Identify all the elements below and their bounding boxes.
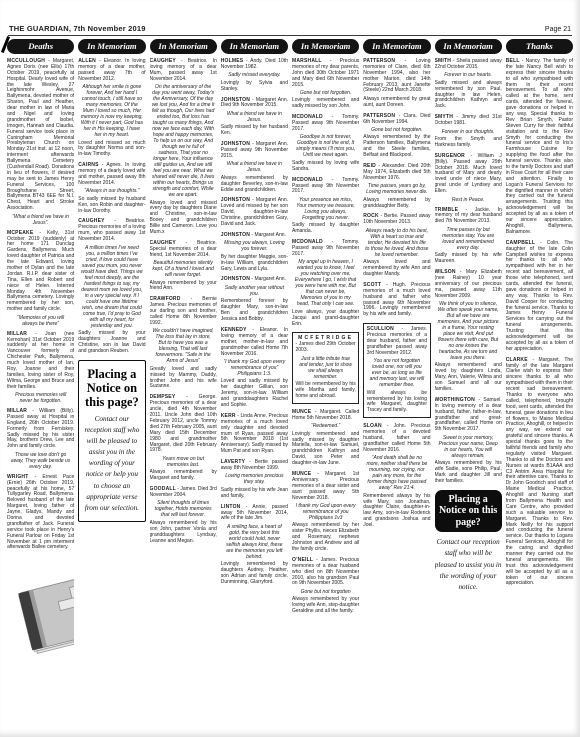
notice-entry: ALLEN - Eleanor. In loving memory of a d… xyxy=(78,59,145,158)
entry-surname: JOHNSTON xyxy=(221,276,250,282)
notice-entry: WORTHINGTON - Samuel. In loving memory o… xyxy=(435,398,502,485)
entry-lead: LINTON - Annie, passed away 5th November… xyxy=(221,505,288,523)
entry-verse: Gone but not forgotten xyxy=(294,589,357,595)
entry-verse: Always ready to do his best, With a hear… xyxy=(365,228,428,258)
notice-entry: WILSON - Mary Elizabeth (nee Rainey) 10 … xyxy=(435,270,502,393)
entry-surname: TRIMBLE xyxy=(435,207,459,213)
entry-surname: CLARKE xyxy=(506,357,528,363)
notice-entry: CAIRNS - Agnes. In loving memory of a de… xyxy=(78,163,145,214)
newspaper-page: THE GUARDIAN, 7th November 2019 Page 21 … xyxy=(0,0,580,737)
entry-surname: CAUGHEY xyxy=(150,240,176,246)
entry-verse: Years move on but memories last. xyxy=(152,456,215,468)
newspaper-column: In MemoriamPATTERSON - Loving memories o… xyxy=(363,39,430,711)
entry-surname: MCDONALD xyxy=(292,114,323,120)
entry-text: Remembered forever by daughter Mary, son… xyxy=(221,299,288,323)
newspaper-column: In MemoriamSMITH - Sheila passed away 22… xyxy=(435,39,502,711)
entry-surname: CRAWFORD xyxy=(150,296,181,302)
entry-lead: SMITH - Sheila passed away 22nd October … xyxy=(435,59,502,71)
entry-lead: JOHNSTON - Margaret Ann. Passed away 9th… xyxy=(221,142,288,160)
entry-lead: MILLAR - William (Billy). Passed away at… xyxy=(7,409,74,450)
entry-text: Sadly missed and always remembered by so… xyxy=(435,81,502,110)
notice-entry: GOODALL - James. Died 3rd November 2004.… xyxy=(150,487,217,544)
entry-verse: What a friend we have in Jesus. xyxy=(223,161,286,173)
entry-verse: Beautiful memories silently kept, Of a f… xyxy=(152,260,215,278)
placing-notice-box: Placing a Notice on this page?Contact ou… xyxy=(435,490,502,593)
entry-surname: MCPEAKE xyxy=(7,230,33,236)
entry-surname: WILSON xyxy=(435,269,456,275)
entry-lead: SLOAN - John. Precious memories of a dev… xyxy=(363,424,430,453)
placing-notice-body: Contact our reception staff who will be … xyxy=(435,537,502,593)
placing-notice-title: Placing a Notice on this page? xyxy=(82,367,141,409)
entry-surname: ROCK xyxy=(363,213,379,219)
notice-entry: MARSHALL - Precious memories of my dear … xyxy=(292,59,359,110)
notice-entry: JOHNSTON - Margaret Ann.Missing you alwa… xyxy=(221,233,288,273)
notice-entry: CAUGHEY - Beatrice. Special memories of … xyxy=(150,241,217,292)
notice-entry: JOHNSTON - Margaret Ann. Passed away 9th… xyxy=(221,142,288,193)
newspaper-column: DeathsMCCULLOUGH - Margaret, Agnes Doris… xyxy=(7,39,74,711)
entry-verse: “Always in our thoughts.” xyxy=(80,188,143,194)
entry-lead: CAUGHEY - Beatrice. Special memories of … xyxy=(150,241,217,259)
entry-lead: ALLEN - Eleanor. In loving memory of a d… xyxy=(78,59,145,83)
entry-verse: Goodbye is not forever, Goodbye is not t… xyxy=(294,134,357,158)
entry-lead: MCFETRIDGE - James died 29th October 200… xyxy=(296,336,356,354)
placing-notice-title: Placing a Notice on this page? xyxy=(435,490,502,533)
notice-entry: MCPEAKE - Kelly, 31st October 2019 (sudd… xyxy=(7,231,74,327)
entry-verse: On the anniversary of the day you went a… xyxy=(152,84,215,198)
entry-lead: TRIMBLE - Jackie. In memory of my dear h… xyxy=(435,208,502,226)
entry-lead: CAIRNS - Agnes. In loving memory of a de… xyxy=(78,163,145,187)
section-badge: In Memoriam xyxy=(435,39,502,54)
section-badge: In Memoriam xyxy=(150,39,217,54)
notice-entry: CRAWFORD - Bernie James. Precious memori… xyxy=(150,297,217,390)
entry-surname: SCOTT xyxy=(363,282,381,288)
entry-verse: “What a friend we have in Jesus”. xyxy=(9,214,72,226)
entry-text: Will always be remembered by his loving … xyxy=(367,391,427,415)
entry-surname: SLOAN xyxy=(363,423,382,429)
entry-lead: WILSON - Mary Elizabeth (nee Rainey) 10 … xyxy=(435,270,502,299)
entry-lead: HOLMES - Andy. Died 10th November 1982. xyxy=(221,59,288,71)
section-badge: Thanks xyxy=(506,39,573,54)
entry-surname: MCFETRIDGE xyxy=(296,336,356,342)
entry-surname: CAMPBELL xyxy=(506,240,535,246)
entry-surname: REID xyxy=(363,163,376,169)
entry-lead: CAMPBELL - Colin. The daughter of the la… xyxy=(506,241,573,353)
entry-surname: MUNCE xyxy=(292,409,311,415)
notice-entry: LINTON - Annie, passed away 5th November… xyxy=(221,505,288,586)
entry-verse: Time passes by but memories stay, You ar… xyxy=(437,227,500,251)
entry-surname: CAUGHEY xyxy=(78,218,104,224)
columns-container: DeathsMCCULLOUGH - Margaret, Agnes Doris… xyxy=(0,39,580,711)
entry-text: Will be remembered by his wife Martha an… xyxy=(296,382,356,400)
entry-surname: SMYTH xyxy=(435,114,454,120)
notice-entry: BELL - Nancy. The family of the late Nan… xyxy=(506,59,573,236)
entry-text: Lovingly remembered by daughters Audrey,… xyxy=(221,562,288,586)
entry-lead: MUNCE - Margaret. 1st Anniversary. Preci… xyxy=(292,472,359,501)
entry-surname: CAIRNS xyxy=(78,162,98,168)
header-rule xyxy=(8,35,572,36)
entry-surname: KENNEDY xyxy=(221,327,247,333)
newspaper-column: In MemoriamCAUGHEY - Beatrice. In loving… xyxy=(150,39,217,711)
entry-lead: MILLAR - Joan (nee Kernohan) 31st Octobe… xyxy=(7,332,74,391)
entry-lead: PATTERSON - Clara. Died 6th November 199… xyxy=(363,114,430,126)
notice-entry: SURGENOR - William J (Billy). Passed awa… xyxy=(435,154,502,203)
entry-surname: O’NEILL xyxy=(292,557,313,563)
entry-lead: O’NEILL - James. Precious memories of a … xyxy=(292,558,359,587)
notice-entry: REID - Alexander. Died 20th May 1974, El… xyxy=(363,164,430,209)
entry-text: Remembered always by his wife Mary, son … xyxy=(363,494,430,529)
masthead: THE GUARDIAN, 7th November 2019 Page 21 xyxy=(0,0,580,34)
notice-entry: JOHNSTON - Margaret Ann.Sadly another ye… xyxy=(221,277,288,322)
masthead-title: THE GUARDIAN, 7th November 2019 xyxy=(9,24,146,33)
entry-text: Always remembered by Margaret and family… xyxy=(150,470,217,482)
section-badge: In Memoriam xyxy=(363,39,430,54)
newspaper-column: In MemoriamMARSHALL - Precious memories … xyxy=(292,39,359,711)
notice-entry: JOHNSTON - Margaret Ann. Died 9th Novemb… xyxy=(221,98,288,138)
entry-lead: JOHNSTON - Margaret Ann. xyxy=(221,277,288,283)
entry-text: Always remembered by granddaughter Betty… xyxy=(363,198,430,210)
notice-entry: MCDONALD - Tommy. Passed away 9th Novemb… xyxy=(292,178,359,235)
entry-text: Sadly missed by his wife Maureen. xyxy=(435,253,502,265)
notice-entry: SMITH - Sheila passed away 22nd October … xyxy=(435,59,502,110)
notice-entry: MCCULLOUGH - Margaret, Agnes Doris (nee … xyxy=(7,59,74,226)
entry-surname: ALLEN xyxy=(78,58,96,64)
entry-lead: JOHNSTON - Margaret Ann. Loved and misse… xyxy=(221,198,288,227)
entry-lead: MCDONALD - Tommy. Passed away 9th Novemb… xyxy=(292,240,359,258)
entry-verse: “I thank my God upon every remembrance o… xyxy=(223,359,286,377)
entry-lead: JOHNSTON - Margaret Ann. Died 9th Novemb… xyxy=(221,98,288,110)
entry-text: Lovingly remembered and sadly missed by … xyxy=(292,98,359,110)
entry-lead: PATTERSON - Loving memories of Clare, di… xyxy=(363,59,430,94)
entry-verse: My angel up in heaven, I wanted you to k… xyxy=(294,259,357,307)
entry-surname: SMITH xyxy=(435,58,452,64)
entry-surname: JOHNSTON xyxy=(221,97,250,103)
notice-entry: MILLAR - William (Billy). Passed away at… xyxy=(7,409,74,470)
notice-entry: MCFETRIDGE - James died 29th October 200… xyxy=(292,332,359,403)
entry-text: Lovingly by Sylvia and Stanley. xyxy=(221,81,288,93)
entry-text: Always remembered by the Patterson famil… xyxy=(363,135,430,159)
entry-lead: MCDONALD - Tommy. Passed away 9th Novemb… xyxy=(292,178,359,196)
notice-entry: CLARKE - Margaret. The family of the lat… xyxy=(506,358,573,588)
entry-verse: Your presence we miss, Your memory we tr… xyxy=(294,197,357,221)
entry-lead: MCCULLOUGH - Margaret, Agnes Doris (nee … xyxy=(7,59,74,212)
entry-lead: DEMPSEY - George. Precious memories of a… xyxy=(150,395,217,454)
entry-text: Always remembered by your friend Ann. xyxy=(150,281,217,293)
entry-verse: Loving memories precious they stay. xyxy=(223,473,286,485)
entry-text: Loved and missed so much by daughter Nor… xyxy=(78,141,145,159)
entry-lead: LAVERTY - Bertie passed away 8th Novembe… xyxy=(221,460,288,472)
entry-lead: MCDONALD - Tommy. Passed away 9th Novemb… xyxy=(292,115,359,133)
entry-surname: JOHNSTON xyxy=(221,197,250,203)
notice-entry: MCDONALD - Tommy. Passed away 9th Novemb… xyxy=(292,240,359,327)
entry-text: So sadly missed by husband Ken, son Robi… xyxy=(78,197,145,215)
entry-text: Loved and sadly missed by her daughter G… xyxy=(221,379,288,408)
entry-text: Always loved and missed every day by dau… xyxy=(150,201,217,236)
placing-notice-body: Contact our reception staff who will be … xyxy=(82,414,141,514)
notice-entry: KERR - Linda Anne. Precious memories of … xyxy=(221,414,288,455)
entry-lead: SCOTT - Hugh. Precious memories of a muc… xyxy=(363,283,430,318)
notice-entry: HOLMES - Andy. Died 10th November 1982.S… xyxy=(221,59,288,93)
entry-verse: Sadly another year without you. xyxy=(223,285,286,297)
entry-verse: I thank my God upon every remembrance of… xyxy=(294,503,357,521)
section-badge: In Memoriam xyxy=(292,39,359,54)
entry-verse: Rest in Peace. xyxy=(437,197,500,203)
page-number: Page 21 xyxy=(545,26,571,33)
entry-surname: WORTHINGTON xyxy=(435,397,475,403)
notice-entry: TRIMBLE - Jackie. In memory of my dear h… xyxy=(435,208,502,265)
entry-verse: A smiling face, a heart of gold, the ver… xyxy=(223,524,286,560)
entry-verse: Sadly missed everyday. xyxy=(223,72,286,78)
notice-entry: SCULLION - James. Precious memories of a… xyxy=(363,323,430,418)
notice-entry: ROCK - Bertie. Passed away 10th November… xyxy=(363,214,430,277)
notice-entry: MILLAR - Joan (nee Kernohan) 31st Octobe… xyxy=(7,332,74,404)
notice-entry: MUNCE - Margaret. 1st Anniversary. Preci… xyxy=(292,472,359,553)
entry-lead: REID - Alexander. Died 20th May 1974, El… xyxy=(363,164,430,182)
notice-entry: SCOTT - Hugh. Precious memories of a muc… xyxy=(363,283,430,318)
entry-text: Lovingly remembered and sadly missed by … xyxy=(292,432,359,467)
notice-entry: SLOAN - John. Precious memories of a dev… xyxy=(363,424,430,529)
entry-text: Sadly missed by her husband Ken. xyxy=(221,125,288,137)
bible-book-svg xyxy=(9,566,74,658)
entry-surname: PATTERSON xyxy=(363,113,395,119)
entry-surname: DEMPSEY xyxy=(150,394,176,400)
entry-text: Sadly missed by his wife Jean and family… xyxy=(221,488,288,500)
entry-surname: MARSHALL xyxy=(292,58,322,64)
entry-verse: Those we love don’t go away, They walk b… xyxy=(9,452,72,470)
entry-text: Always loved and remembered by wife Ann … xyxy=(363,260,430,278)
entry-surname: MCCULLOUGH xyxy=(7,58,45,64)
entry-surname: CAUGHEY xyxy=(150,58,176,64)
entry-verse: We couldn’t have imagined, The loss that… xyxy=(152,328,215,364)
section-badge: In Memoriam xyxy=(78,39,145,54)
entry-text: Greatly loved and sadly missed by Mammy,… xyxy=(150,367,217,391)
entry-text: By her daughter Maggie, son-in-law Willi… xyxy=(221,255,288,273)
entry-verse: Sweet is your memory, Precious your name… xyxy=(437,435,500,459)
entry-text: Always remembered by his son John, partn… xyxy=(150,521,217,545)
entry-verse: Missing you always, Loving you forever. xyxy=(223,240,286,252)
entry-surname: GOODALL xyxy=(150,486,176,492)
entry-surname: JOHNSTON xyxy=(221,141,250,147)
entry-lead: WRIGHT - Ernest Pace (Ernie) 26th Octobe… xyxy=(7,475,74,552)
entry-lead: JOHNSTON - Margaret Ann. xyxy=(221,233,288,239)
entry-surname: BELL xyxy=(506,58,520,64)
entry-text: Sadly missed by your daughters Joanne an… xyxy=(78,331,145,355)
entry-verse: Gone but not forgotten. xyxy=(365,127,428,133)
entry-lead: CRAWFORD - Bernie James. Precious memori… xyxy=(150,297,217,326)
entry-lead: CLARKE - Margaret. The family of the lat… xyxy=(506,358,573,588)
notice-entry: SMYTH - Jimmy died 31st October 1981.For… xyxy=(435,115,502,149)
entry-lead: KERR - Linda Anne. Precious memories of … xyxy=(221,414,288,455)
entry-surname: PATTERSON xyxy=(363,58,395,64)
entry-lead: GOODALL - James. Died 3rd November 2004. xyxy=(150,487,217,499)
entry-lead: BELL - Nancy. The family of the late Nan… xyxy=(506,59,573,236)
entry-verse: “Redeemed.” xyxy=(294,423,357,429)
section-badge: In Memoriam xyxy=(221,39,288,54)
entry-surname: LINTON xyxy=(221,504,241,510)
entry-text: From the Smyth and Harkness family. xyxy=(435,137,502,149)
notice-entry: CAUGHEY - Beatrice. In loving memory of … xyxy=(150,59,217,236)
entry-lead: KENNEDY - Eleanor. In loving memory of a… xyxy=(221,328,288,357)
entry-surname: HOLMES xyxy=(221,58,244,64)
entry-text: Always remembered by great aunt, aunt Do… xyxy=(363,97,430,109)
entry-text: Always remembered by daughter Beverley, … xyxy=(221,176,288,194)
entry-lead: CAUGHEY - Beatrice. In loving memory of … xyxy=(150,59,217,83)
notice-entry: LAVERTY - Bertie passed away 8th Novembe… xyxy=(221,460,288,500)
entry-verse: Forever in our hearts. xyxy=(437,72,500,78)
notice-entry: PATTERSON - Loving memories of Clare, di… xyxy=(363,59,430,109)
entry-surname: MILLAR xyxy=(7,408,27,414)
entry-text: Sadly missed by daughter Amanda. xyxy=(292,223,359,235)
entry-verse: Just a little tribute true and tender, j… xyxy=(298,356,354,380)
entry-surname: MCDONALD xyxy=(292,177,323,183)
entry-surname: MUNCE xyxy=(292,471,311,477)
newspaper-column: ThanksBELL - Nancy. The family of the la… xyxy=(506,39,573,711)
placing-notice-box: Placing a Notice on this page?Contact ou… xyxy=(78,360,145,522)
section-badge: Deaths xyxy=(7,39,74,54)
notice-entry: O’NEILL - James. Precious memories of a … xyxy=(292,558,359,615)
entry-surname: SURGENOR xyxy=(435,153,466,159)
entry-lead: WORTHINGTON - Samuel. In loving memory o… xyxy=(435,398,502,433)
entry-verse: “Memories of you will always be there” xyxy=(9,315,72,327)
entry-lead: MUNCE - Margaret. Called Home 5th Novemb… xyxy=(292,410,359,422)
entry-verse: Silent thoughts of times together, Holds… xyxy=(152,500,215,518)
entry-surname: LAVERTY xyxy=(221,459,245,465)
entry-text: Always remembered by her sister Phyllis,… xyxy=(292,523,359,552)
entry-text: Always remembered by your loving wife An… xyxy=(292,597,359,615)
entry-surname: KERR xyxy=(221,413,236,419)
entry-surname: MILLAR xyxy=(7,331,27,337)
entry-verse: What a friend we have in Jesus. xyxy=(223,111,286,123)
notice-entry: DEMPSEY - George. Precious memories of a… xyxy=(150,395,217,482)
entry-surname: JOHNSTON xyxy=(221,232,250,238)
notice-entry: JOHNSTON - Margaret Ann. Loved and misse… xyxy=(221,198,288,227)
notice-entry: MUNCE - Margaret. Called Home 5th Novemb… xyxy=(292,410,359,467)
entry-text: Always remembered and loved by daughters… xyxy=(435,363,502,392)
entry-lead: ROCK - Bertie. Passed away 10th November… xyxy=(363,214,430,226)
entry-lead: MARSHALL - Precious memories of my dear … xyxy=(292,59,359,88)
entry-lead: CAUGHEY - Beatrice. Precious memories of… xyxy=(78,219,145,243)
entry-lead: SMYTH - Jimmy died 31st October 1981. xyxy=(435,115,502,127)
bible-book-image xyxy=(7,556,74,663)
notice-entry: MCDONALD - Tommy. Passed away 9th Novemb… xyxy=(292,115,359,172)
newspaper-column: In MemoriamHOLMES - Andy. Died 10th Nove… xyxy=(221,39,288,711)
entry-lead: SCULLION - James. Precious memories of a… xyxy=(367,327,427,356)
entry-text: Love always, your daughter Jacqui and gr… xyxy=(292,310,359,328)
entry-lead: MCPEAKE - Kelly, 31st October 2019 (sudd… xyxy=(7,231,74,313)
entry-verse: Although her smile is gone forever, And … xyxy=(80,84,143,138)
entry-surname: MCDONALD xyxy=(292,239,323,245)
entry-verse: We think of you in silence, We often spe… xyxy=(437,301,500,361)
entry-text: Sadly missed by loving wife Sandra. xyxy=(292,161,359,173)
entry-surname: SCULLION xyxy=(367,326,394,332)
entry-verse: A million times I’ve need you, a million… xyxy=(80,245,143,329)
entry-verse: Time passes, years go by, Loving memorie… xyxy=(365,183,428,195)
notice-entry: KENNEDY - Eleanor. In loving memory of a… xyxy=(221,328,288,409)
entry-verse: Forever in our thoughts. xyxy=(437,129,500,135)
newspaper-column: In MemoriamALLEN - Eleanor. In loving me… xyxy=(78,39,145,711)
entry-text: Always remembered by his wife Sadie, son… xyxy=(435,461,502,485)
entry-surname: WRIGHT xyxy=(7,474,28,480)
entry-verse: “And death shall be no more, neither sha… xyxy=(365,455,428,491)
notice-entry: WRIGHT - Ernest Pace (Ernie) 26th Octobe… xyxy=(7,475,74,552)
entry-verse: Precious memories will never be forgotte… xyxy=(9,392,72,404)
entry-verse: You are not forgotten loved one, nor wil… xyxy=(369,358,425,388)
notice-entry: CAMPBELL - Colin. The daughter of the la… xyxy=(506,241,573,353)
notice-entry: CAUGHEY - Beatrice. Precious memories of… xyxy=(78,219,145,354)
entry-verse: Gone but not forgotten. xyxy=(294,90,357,96)
notice-entry: PATTERSON - Clara. Died 6th November 199… xyxy=(363,114,430,159)
entry-lead: SURGENOR - William J (Billy). Passed awa… xyxy=(435,154,502,195)
